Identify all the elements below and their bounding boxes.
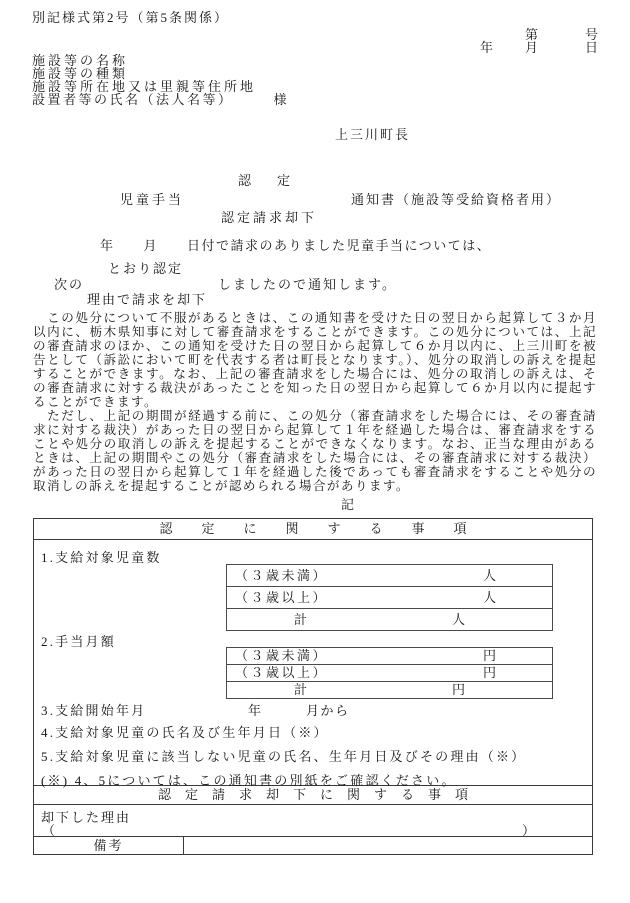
row-label: 計 (294, 609, 310, 630)
notify-suffix: しましたので通知します。 (218, 274, 397, 293)
item2-label: 2.手当月額 (41, 631, 116, 650)
table-row: （３歳未満） 人 (227, 565, 552, 587)
allowance-amount-table: （３歳未満） 円 （３歳以上） 円 計 円 (226, 647, 553, 699)
ki-marker: 記 (341, 494, 354, 513)
title-option-approval: 認 定 (238, 170, 290, 189)
rejection-reason-cell: 却下した理由 （ ） (34, 805, 592, 837)
row-unit: 人 (452, 609, 465, 630)
title-right: 通知書（施設等受給資格者用） (351, 189, 561, 208)
table-row: （３歳未満） 円 (227, 648, 552, 665)
item5-label: 5.支給対象児童に該当しない児童の氏名、生年月日及びその理由（※） (41, 746, 526, 765)
row-unit: 円 (483, 648, 496, 664)
item3-value: 年 月から (248, 700, 350, 719)
section1-header: 認定に関する事項 (34, 519, 592, 540)
title-left: 児童手当 (120, 189, 184, 208)
row-label: （３歳以上） (235, 587, 328, 608)
row-unit: 人 (483, 565, 496, 586)
row-unit: 円 (483, 665, 496, 681)
table-row-total: 計 円 (227, 682, 552, 698)
main-table: 認定に関する事項 1.支給対象児童数 （３歳未満） 人 （３歳以上） 人 計 人… (33, 518, 593, 855)
row-label: （３歳未満） (235, 648, 328, 664)
item1-label: 1.支給対象児童数 (41, 547, 162, 566)
notify-prefix: 次の (54, 274, 84, 293)
appeal-paragraph-1: この処分について不服があるときは、この通知書を受けた日の翌日から起算して３か月以… (33, 311, 597, 409)
notify-option-rejection: 理由で請求を却下 (87, 289, 207, 308)
date-line: 年 月 日 (480, 37, 600, 56)
item3-label: 3.支給開始年月 (41, 700, 146, 719)
appeal-paragraph-2: ただし、上記の期間が経過する前に、この処分（審査請求をした場合には、その審査請求… (33, 409, 597, 493)
request-date-line: 年 月 日付で請求のありました児童手当については、 (100, 235, 491, 254)
installer-name-label: 設置者等の氏名（法人名等） 様 (32, 89, 289, 108)
title-option-rejection: 認定請求却下 (221, 207, 317, 226)
document-page: { "page": { "form_number": "別記様式第2号（第5条関… (0, 0, 630, 903)
child-count-table: （３歳未満） 人 （３歳以上） 人 計 人 (226, 564, 553, 631)
attachment-note: (※) 4、5については、この通知書の別紙をご確認ください。 (41, 770, 457, 789)
remarks-label: 備考 (34, 837, 184, 854)
notify-option-approval: とおり認定 (108, 258, 183, 277)
table-row: （３歳以上） 円 (227, 665, 552, 682)
table-row: （３歳以上） 人 (227, 587, 552, 609)
row-label: （３歳以上） (235, 665, 328, 681)
form-number: 別記様式第2号（第5条関係） (32, 7, 229, 26)
issuer-name: 上三川町長 (335, 124, 410, 143)
item4-label: 4.支給対象児童の氏名及び生年月日（※） (41, 722, 329, 741)
row-unit: 円 (452, 682, 465, 698)
remarks-value (184, 837, 592, 854)
section1-body: 1.支給対象児童数 （３歳未満） 人 （３歳以上） 人 計 人 2.手当月額 （… (34, 540, 592, 785)
paren-open: （ (42, 820, 55, 839)
remarks-row: 備考 (34, 837, 592, 854)
row-unit: 人 (483, 587, 496, 608)
row-label: （３歳未満） (235, 565, 328, 586)
paren-close: ） (522, 820, 535, 839)
row-label: 計 (294, 682, 310, 698)
table-row-total: 計 人 (227, 609, 552, 630)
